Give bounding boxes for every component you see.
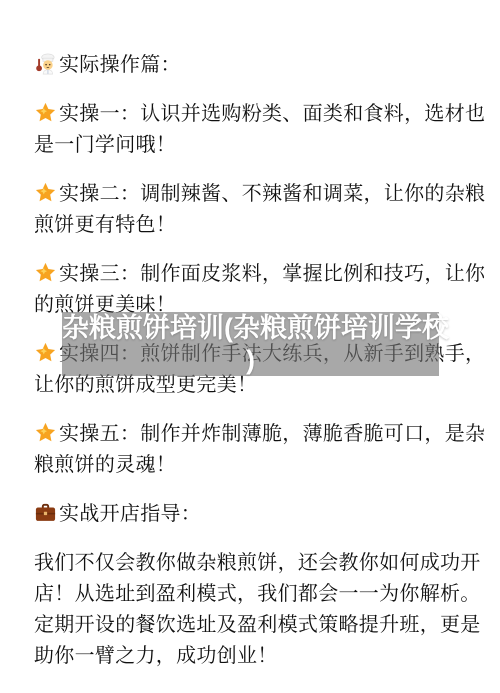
star-icon: [34, 261, 57, 284]
section-step-5: 实操五：制作并炸制薄脆，薄脆香脆可口，是杂 粮煎饼的灵魂！: [34, 419, 464, 481]
watermark-title-line1: 杂粮煎饼培训(杂粮煎饼培训学校: [62, 312, 439, 344]
text-line: 实操五：制作并炸制薄脆，薄脆香脆可口，是杂: [34, 419, 464, 450]
section-closing-paragraph: 我们不仅会教你做杂粮煎饼，还会教你如何成功开 店！从选址到盈利模式，我们都会一一…: [34, 548, 464, 672]
text-line: 粮煎饼的灵魂！: [34, 450, 464, 481]
text-line: 实操二：调制辣酱、不辣酱和调菜，让你的杂粮: [34, 179, 464, 210]
star-icon: [34, 421, 57, 444]
text-line: 实操一：认识并选购粉类、面类和食料，选材也: [34, 99, 464, 130]
section-step-2: 实操二：调制辣酱、不辣酱和调菜，让你的杂粮 煎饼更有特色！: [34, 179, 464, 241]
section-text: 实操三：制作面皮浆料，掌握比例和技巧，让你: [59, 263, 485, 285]
section-step-1: 实操一：认识并选购粉类、面类和食料，选材也 是一门学问哦！: [34, 99, 464, 161]
watermark-title-line2: ): [62, 344, 439, 376]
section-text: 实战开店指导：: [59, 503, 201, 525]
section-text: 实操二：调制辣酱、不辣酱和调菜，让你的杂粮: [59, 183, 485, 205]
star-icon: [34, 181, 57, 204]
text-line: 实际操作篇：: [34, 50, 464, 81]
text-line: 是一门学问哦！: [34, 130, 464, 161]
section-text: 实操一：认识并选购粉类、面类和食料，选材也: [59, 103, 485, 125]
section-text: 实际操作篇：: [59, 54, 181, 76]
watermark-overlay: 杂粮煎饼培训(杂粮煎饼培训学校 ): [62, 312, 439, 376]
briefcase-icon: [34, 501, 57, 524]
text-line: 实战开店指导：: [34, 499, 464, 530]
text-line: 我们不仅会教你做杂粮煎饼，还会教你如何成功开: [34, 548, 464, 579]
section-text: 实操五：制作并炸制薄脆，薄脆香脆可口，是杂: [59, 423, 485, 445]
text-line: 助你一臂之力，成功创业！: [34, 641, 464, 672]
cook-icon: [34, 52, 57, 75]
text-line: 店！从选址到盈利模式，我们都会一一为你解析。: [34, 579, 464, 610]
text-line: 实操三：制作面皮浆料，掌握比例和技巧，让你: [34, 259, 464, 290]
text-line: 定期开设的餐饮选址及盈利模式策略提升班，更是: [34, 610, 464, 641]
section-business-guide-header: 实战开店指导：: [34, 499, 464, 530]
star-icon: [34, 101, 57, 124]
text-line: 煎饼更有特色！: [34, 210, 464, 241]
article-page: 实际操作篇： 实操一：认识并选购粉类、面类和食料，选材也 是一门学问哦！ 实操二…: [0, 0, 500, 693]
section-practice-header: 实际操作篇：: [34, 50, 464, 81]
star-icon: [34, 341, 57, 364]
